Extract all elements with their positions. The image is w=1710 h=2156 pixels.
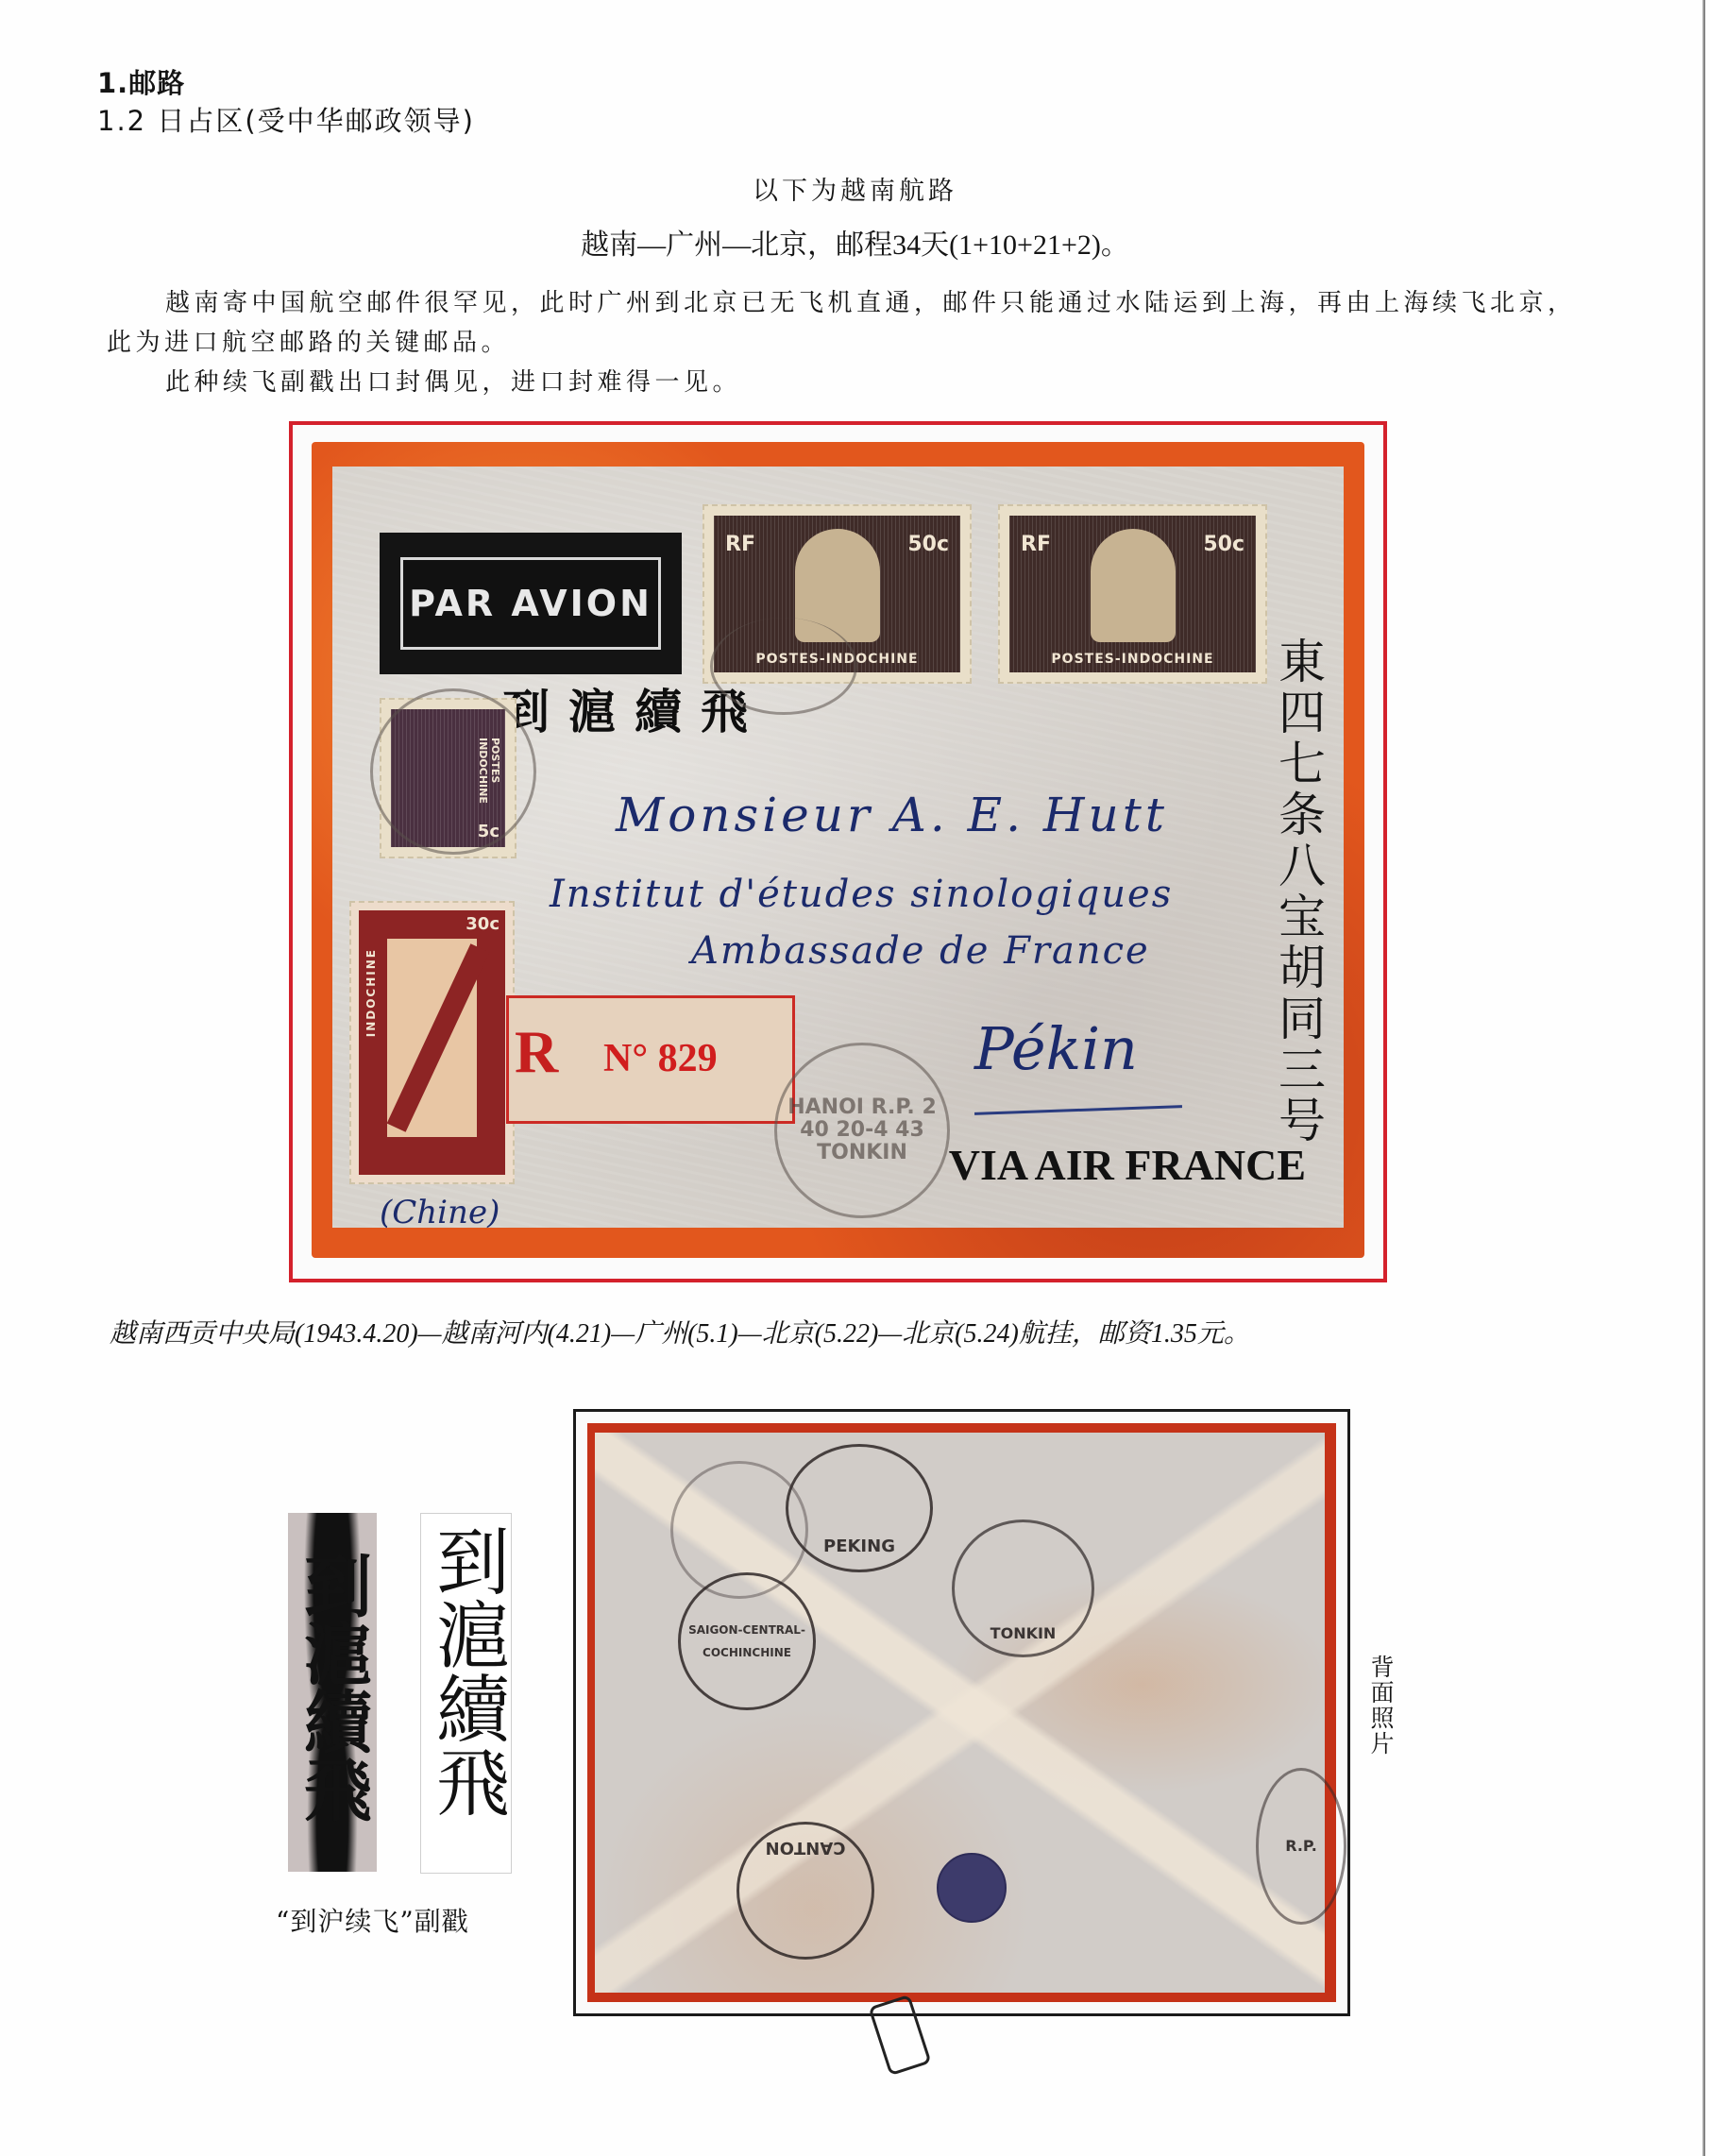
stamp-caption: POSTES-INDOCHINE [1009,652,1256,667]
stamp-emblem: RF [1021,533,1051,556]
stamp-value: 50c [907,533,949,556]
registration-number: N° 829 [603,1036,718,1081]
address-line-embassy: Ambassade de France [691,929,1150,973]
intro-paragraph-2: 此种续飞副戳出口封偶见，进口封难得一见。 [107,363,1589,402]
front-cover-frame: PAR AVION 到滬續飛 RF 50c POSTES-INDOCHINE R… [289,421,1387,1282]
via-air-france-label: VIA AIR FRANCE [949,1140,1306,1190]
cachet-caption: “到沪续飞”副戳 [276,1901,469,1939]
postmark-5c [370,688,536,855]
intro-paragraph-1: 越南寄中国航空邮件很罕见，此时广州到北京已无飞机直通，邮件只能通过水陆运到上海，… [107,283,1589,363]
registration-label: R N° 829 [506,995,795,1124]
stamp-emblem: RF [725,533,755,556]
tonkin-postmark: TONKIN [952,1519,1094,1657]
postmark-text: SAIGON-CENTRAL-COCHINCHINE [681,1575,813,1707]
page-edge [1702,0,1705,2156]
postmark-text: CANTON [739,1825,872,1957]
hanoi-postmark: HANOI R.P. 2 40 20-4 43 TONKIN [774,1043,950,1218]
cachet-typeset-box: 到滬續飛 [420,1513,512,1874]
chop-mark [868,1995,931,2076]
subsection-heading: 1.2 日占区(受中华邮政领导) [97,100,475,139]
back-photo-label: 背面照片 [1366,1655,1395,1757]
front-cover-caption: 越南西贡中央局(1943.4.20)—越南河内(4.21)—广州(5.1)—北京… [110,1313,1250,1350]
par-avion-text: PAR AVION [400,557,661,650]
postmark-partial [710,618,857,715]
address-line-name: Monsieur A. E. Hutt [616,788,1168,842]
front-cover-image: PAR AVION 到滬續飛 RF 50c POSTES-INDOCHINE R… [312,442,1364,1258]
section-heading: 1.邮路 [97,62,185,101]
route-title: 以下为越南航路 [0,170,1710,207]
stamp-value: 50c [1203,533,1244,556]
registration-mark: R [515,1017,558,1087]
rp-postmark: R.P. [1256,1768,1346,1925]
canton-postmark: CANTON [736,1822,874,1960]
saigon-central-postmark: SAIGON-CENTRAL-COCHINCHINE [678,1572,816,1710]
route-summary: 越南—广州—北京，邮程34天(1+10+21+2)。 [0,221,1710,263]
cachet-typeset-text: 到滬續飛 [421,1523,511,1818]
postmark-text: HANOI R.P. 2 40 20-4 43 TONKIN [777,1045,947,1215]
postmark-text: PEKING [788,1447,930,1570]
stamp-50c-right: RF 50c POSTES-INDOCHINE [998,504,1267,684]
cachet-photo-text: 到滬續飛 [288,1551,377,1823]
stamp-30c-airmail: 30c INDOCHINE [349,901,515,1184]
chinese-address: 東四七条八宝胡同三号 [1270,637,1327,1146]
stamp-caption: INDOCHINE [364,948,378,1037]
address-line-institute: Institut d'études sinologiques [550,873,1173,916]
back-cover-image: PEKING SAIGON-CENTRAL-COCHINCHINE TONKIN… [587,1423,1336,2002]
envelope-paper: PAR AVION 到滬續飛 RF 50c POSTES-INDOCHINE R… [332,467,1344,1228]
cachet-photo-crop: 到滬續飛 [288,1513,377,1872]
back-cover-frame: PEKING SAIGON-CENTRAL-COCHINCHINE TONKIN… [573,1409,1350,2016]
par-avion-label: PAR AVION [380,533,682,674]
airplane-icon [387,939,477,1137]
envelope-back-paper: PEKING SAIGON-CENTRAL-COCHINCHINE TONKIN… [595,1433,1325,1993]
underline [974,1105,1182,1115]
postmark-text: TONKIN [955,1522,1092,1655]
postmark-text: R.P. [1259,1771,1344,1922]
address-line-city: Pékin [974,1014,1138,1083]
address-line-country: (Chine) [380,1194,499,1231]
air-france-seahorse-icon [937,1853,1007,1923]
stamp-value: 30c [466,914,499,934]
peking-postmark: PEKING [786,1444,933,1572]
dancer-icon [1091,529,1176,642]
